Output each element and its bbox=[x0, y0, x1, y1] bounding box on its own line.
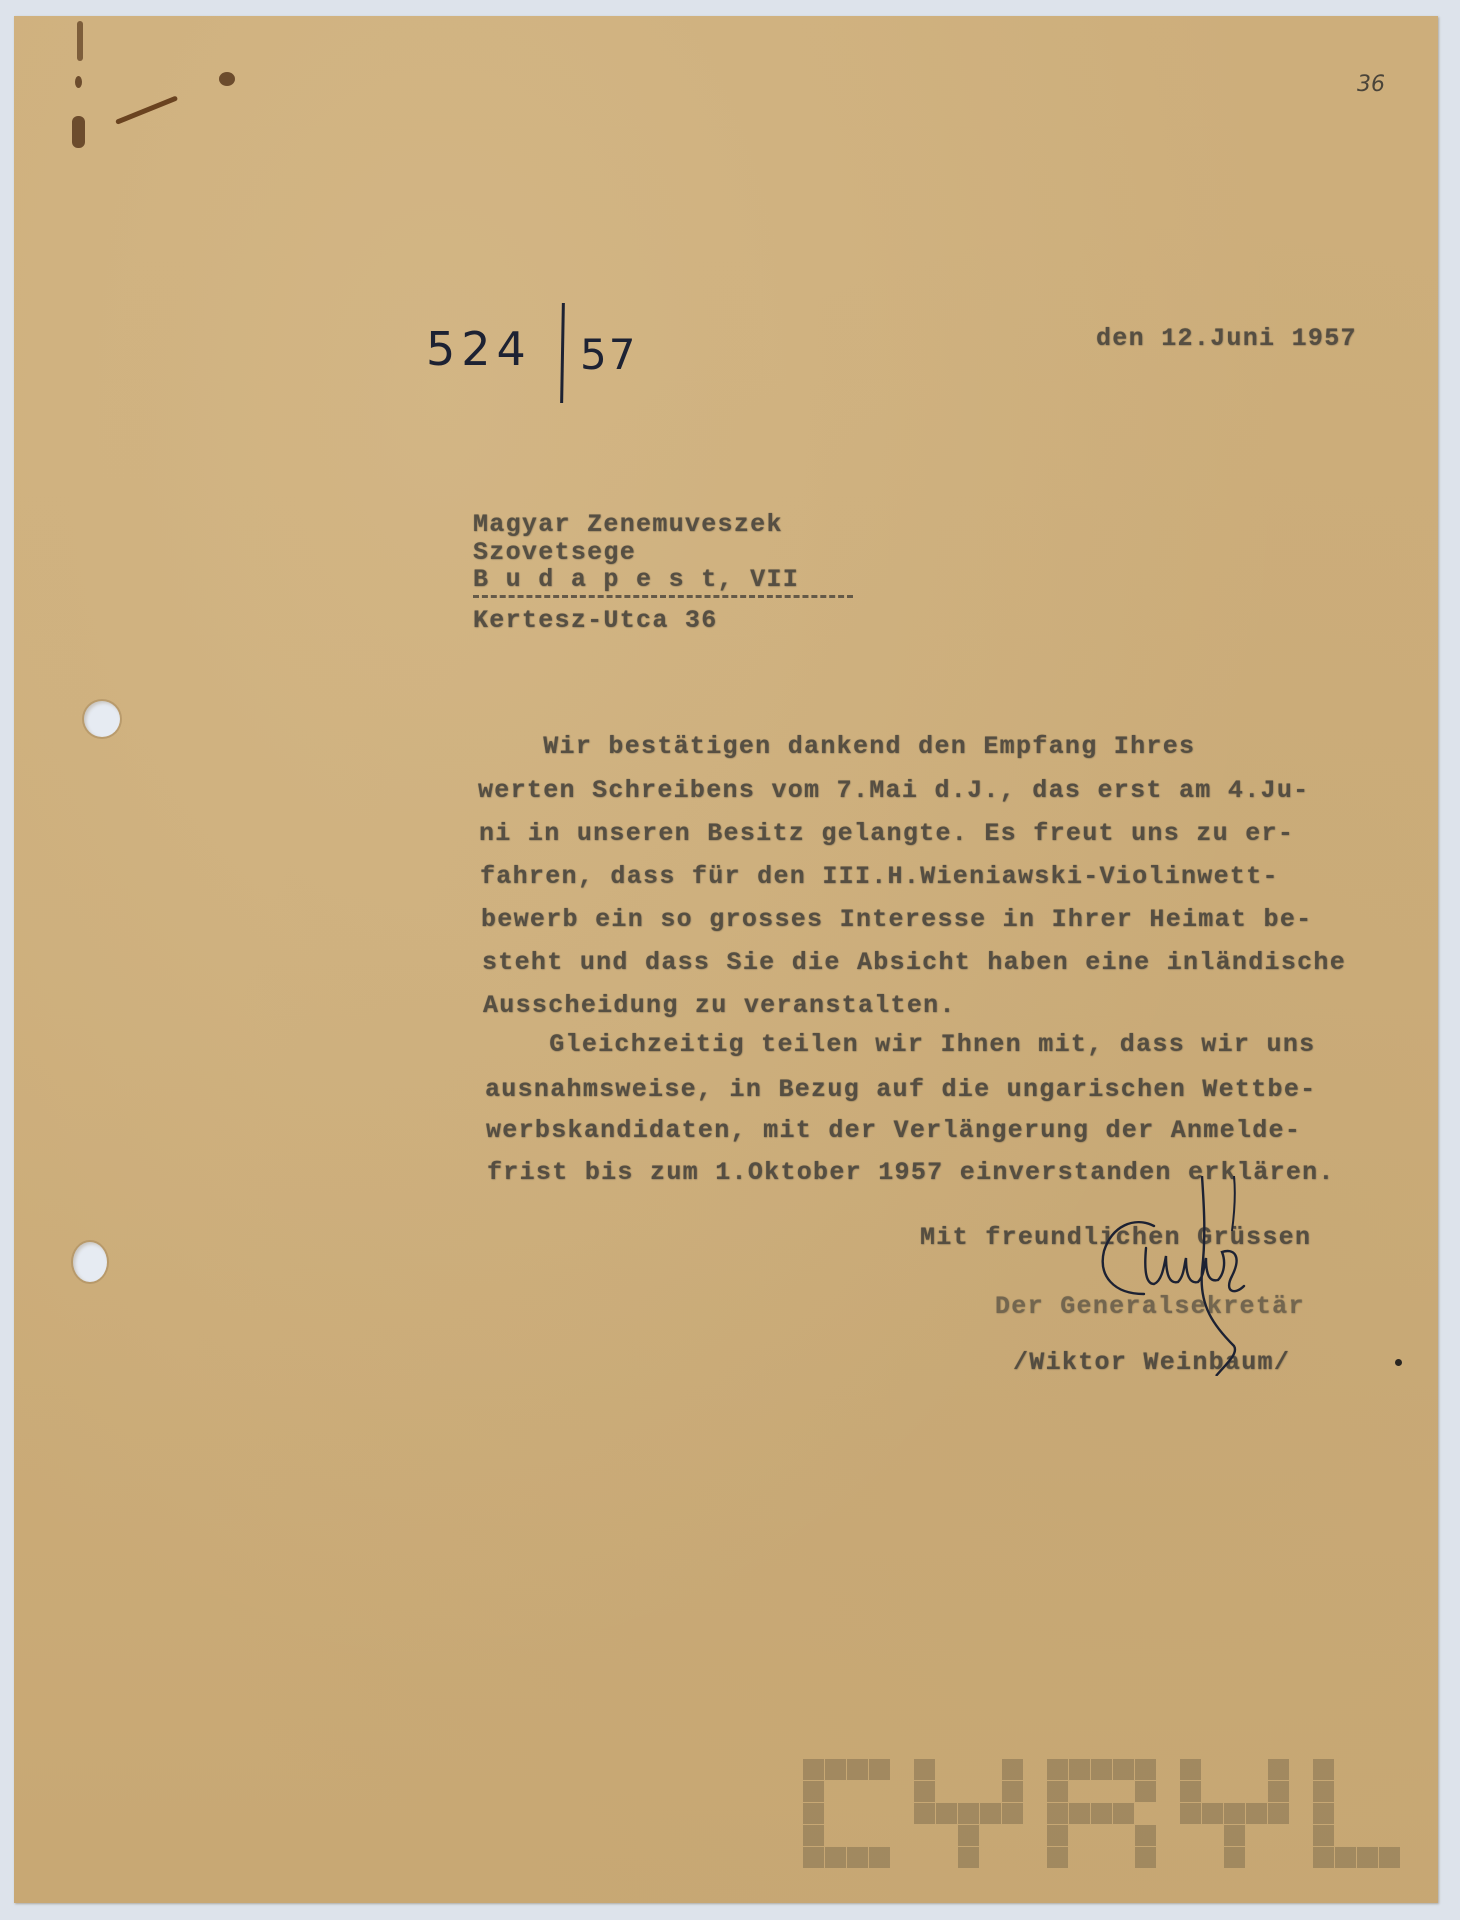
body-line: Wir bestätigen dankend den Empfang Ihres bbox=[478, 732, 1195, 761]
letter-date: den 12.Juni 1957 bbox=[1096, 324, 1357, 353]
rust-stain bbox=[75, 76, 82, 88]
body-line: ausnahmsweise, in Bezug auf die ungarisc… bbox=[485, 1075, 1316, 1104]
staple-mark bbox=[115, 95, 178, 124]
rust-stain bbox=[219, 72, 235, 86]
body-line: fahren, dass für den III.H.Wieniawski-Vi… bbox=[480, 862, 1279, 891]
body-line: steht und dass Sie die Absicht haben ein… bbox=[482, 948, 1346, 977]
signature bbox=[1084, 1176, 1334, 1376]
punch-hole bbox=[73, 1242, 107, 1282]
rust-stain bbox=[72, 116, 85, 148]
reference-divider bbox=[560, 303, 565, 403]
reference-number-left: 524 bbox=[426, 322, 532, 376]
address-line: B u d a p e s t, VII bbox=[473, 565, 799, 594]
punch-hole bbox=[84, 701, 120, 737]
letter-page: 36 524 57 den 12.Juni 1957 Magyar Zenemu… bbox=[14, 16, 1438, 1903]
reference-number-right: 57 bbox=[580, 330, 637, 379]
ink-dot bbox=[1395, 1359, 1402, 1366]
address-line: Szovetsege bbox=[473, 538, 636, 567]
cyryl-watermark bbox=[803, 1759, 1403, 1869]
page-number: 36 bbox=[1357, 72, 1385, 97]
rust-stain bbox=[77, 21, 83, 61]
body-line: Ausscheidung zu veranstalten. bbox=[483, 991, 956, 1020]
address-line: Magyar Zenemuveszek bbox=[473, 510, 783, 539]
address-line: Kertesz-Utca 36 bbox=[473, 606, 718, 635]
body-line: Gleichzeitig teilen wir Ihnen mit, dass … bbox=[484, 1030, 1315, 1059]
address-underline bbox=[473, 595, 853, 598]
body-line: bewerb ein so grosses Interesse in Ihrer… bbox=[481, 905, 1312, 934]
body-line: werbskandidaten, mit der Verlängerung de… bbox=[486, 1116, 1301, 1145]
body-line: werten Schreibens vom 7.Mai d.J., das er… bbox=[478, 776, 1309, 805]
body-line: ni in unseren Besitz gelangte. Es freut … bbox=[479, 819, 1294, 848]
